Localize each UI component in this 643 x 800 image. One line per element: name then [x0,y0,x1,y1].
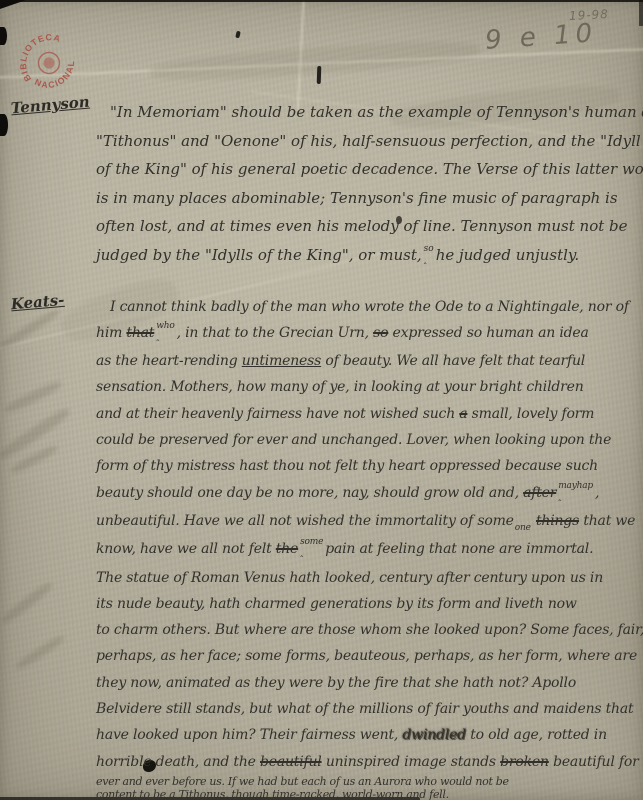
stamp-emblem-core [41,55,57,71]
manuscript-text-segment: they now, animated as they were by the f… [96,675,576,691]
manuscript-line: ever and ever before us. If we had but e… [96,775,637,788]
manuscript-line: "In Memoriam" should be taken as the exa… [96,98,637,127]
manuscript-line: I cannot think badly of the man who wrot… [96,294,637,320]
manuscript-text-segment: of beauty. We all have felt that tearful [321,353,585,369]
manuscript-text-segment: small, lovely form [467,406,594,422]
manuscript-text-segment: content to be a Tithonus, though time-ra… [96,788,449,800]
manuscript-text-segment: horrible death, and the [96,754,260,770]
manuscript-line: judged by the "Idylls of the King", or m… [96,241,637,273]
manuscript-text-segment: to old age, rotted in [466,727,607,743]
manuscript-text-segment: have looked upon him? Their fairness wen… [96,727,402,743]
manuscript-line: Belvidere still stands, but what of the … [96,696,637,722]
manuscript-text-segment: "Tithonus" and "Oenone" of his, half-sen… [96,132,641,150]
paragraph: Tennyson"In Memoriam" should be taken as… [4,98,637,273]
manuscript-line: they now, animated as they were by the f… [96,670,637,696]
manuscript-line: is in many places abominable; Tennyson's… [96,184,637,213]
manuscript-text-segment: often lost, and at times even his melody… [96,217,628,235]
manuscript-line: him thatwho, in that to the Grecian Urn,… [96,320,637,348]
manuscript-line: have looked upon him? Their fairness wen… [96,722,637,748]
manuscript-line: and at their heavenly fairness have not … [96,401,637,427]
manuscript-strike-segment: after [523,485,556,501]
manuscript-text-segment: as the heart-rending [96,353,242,369]
manuscript-line: know, have we all not felt thesomepain a… [96,536,637,564]
manuscript-text-segment: expressed so human an idea [388,325,588,341]
manuscript-sup-segment: so [424,235,434,264]
page-number-tick [317,66,322,84]
manuscript-line: of the King" of his general poetic decad… [96,155,637,184]
manuscript-text-segment: form of thy mistress hast thou not felt … [96,458,598,474]
folio-number-mark: 9 e 10 [484,18,598,56]
manuscript-text-segment: could be preserved for ever and unchange… [96,432,611,448]
manuscript-strike-segment: so [373,325,388,341]
manuscript-strike-segment: beautiful [260,754,322,770]
paragraph: Keats-I cannot think badly of the man wh… [4,294,637,800]
scan-edge-artifact [0,27,7,45]
manuscript-text-segment: unbeautiful. Have we all not wished the … [96,513,514,529]
manuscript-text-segment: is in many places abominable; Tennyson's… [96,189,618,207]
manuscript-text-segment: , [595,485,599,501]
manuscript-sup-segment: who [156,313,174,339]
manuscript-line: The statue of Roman Venus hath looked, c… [96,565,637,591]
manuscript-page: BIBLIOTECA NACIONAL 19-98 9 e 10 Tennyso… [0,0,643,800]
manuscript-text-segment: that we [579,513,635,529]
ghost-smudge [149,37,480,86]
manuscript-line: beauty should one day be no more, nay, s… [96,480,637,508]
manuscript-text-segment: judged by the "Idylls of the King", or m… [96,246,422,264]
manuscript-strike-segment: things [536,513,579,529]
manuscript-text-segment: he judged unjustly. [436,246,579,264]
manuscript-line: form of thy mistress hast thou not felt … [96,453,637,479]
manuscript-text-segment: uninspired image stands [322,754,501,770]
manuscript-strike-segment: broken [500,754,549,770]
manuscript-sup-segment: mayhap [558,473,593,499]
manuscript-text-segment: , in that to the Grecian Urn, [177,325,374,341]
manuscript-line: "Tithonus" and "Oenone" of his, half-sen… [96,127,637,156]
manuscript-text-segment: know, have we all not felt [96,541,276,557]
manuscript-sup-segment: some [300,529,323,555]
manuscript-line: its nude beauty, hath charmed generation… [96,591,637,617]
manuscript-text-segment: sensation. Mothers, how many of ye, in l… [96,379,584,395]
manuscript-sub-segment: one [515,515,531,541]
manuscript-line: often lost, and at times even his melody… [96,212,637,241]
scan-edge-artifact [0,0,26,9]
manuscript-u-segment: untimeness [242,353,321,369]
manuscript-text-segment: ever and ever before us. If we had but e… [96,775,509,788]
manuscript-text-segment: The statue of Roman Venus hath looked, c… [96,570,603,586]
manuscript-line: as the heart-rending untimeness of beaut… [96,348,637,374]
manuscript-line: content to be a Tithonus, though time-ra… [96,788,637,800]
manuscript-text-segment: I cannot think badly of the man who wrot… [110,299,629,315]
paper-crease [297,0,305,110]
manuscript-strike-segment: that [126,325,154,341]
manuscript-text-segment: him [96,325,126,341]
manuscript-text-segment: to charm others. But where are those who… [96,622,643,638]
manuscript-text-segment: and at their heavenly fairness have not … [96,406,459,422]
manuscript-line: could be preserved for ever and unchange… [96,427,637,453]
manuscript-line: to charm others. But where are those who… [96,617,637,643]
scan-edge-artifact [0,0,643,2]
manuscript-text-segment: its nude beauty, hath charmed generation… [96,596,577,612]
scan-edge-artifact [639,0,643,26]
margin-note: Keats- [4,286,97,314]
ink-speck [235,31,241,39]
manuscript-text-segment: beautiful for [549,754,639,770]
manuscript-text-segment: beauty should one day be no more, nay, s… [96,485,523,501]
manuscript-text-segment: "In Memoriam" should be taken as the exa… [110,103,643,121]
manuscript-strike-segment: the [276,541,298,557]
manuscript-text-segment: of the King" of his general poetic decad… [96,160,643,178]
manuscript-smudged-segment: dwindled [402,727,466,743]
manuscript-text-segment: perhaps, as her face; some forms, beaute… [96,648,637,664]
manuscript-text-segment: Belvidere still stands, but what of the … [96,701,633,717]
manuscript-line: unbeautiful. Have we all not wished the … [96,508,637,536]
manuscript-text-segment: pain at feeling that none are immortal. [325,541,593,557]
margin-note: Tennyson [4,90,97,118]
manuscript-line: horrible death, and the beautiful uninsp… [96,749,637,775]
manuscript: Tennyson"In Memoriam" should be taken as… [4,98,637,800]
manuscript-line: perhaps, as her face; some forms, beaute… [96,643,637,669]
manuscript-line: sensation. Mothers, how many of ye, in l… [96,374,637,400]
